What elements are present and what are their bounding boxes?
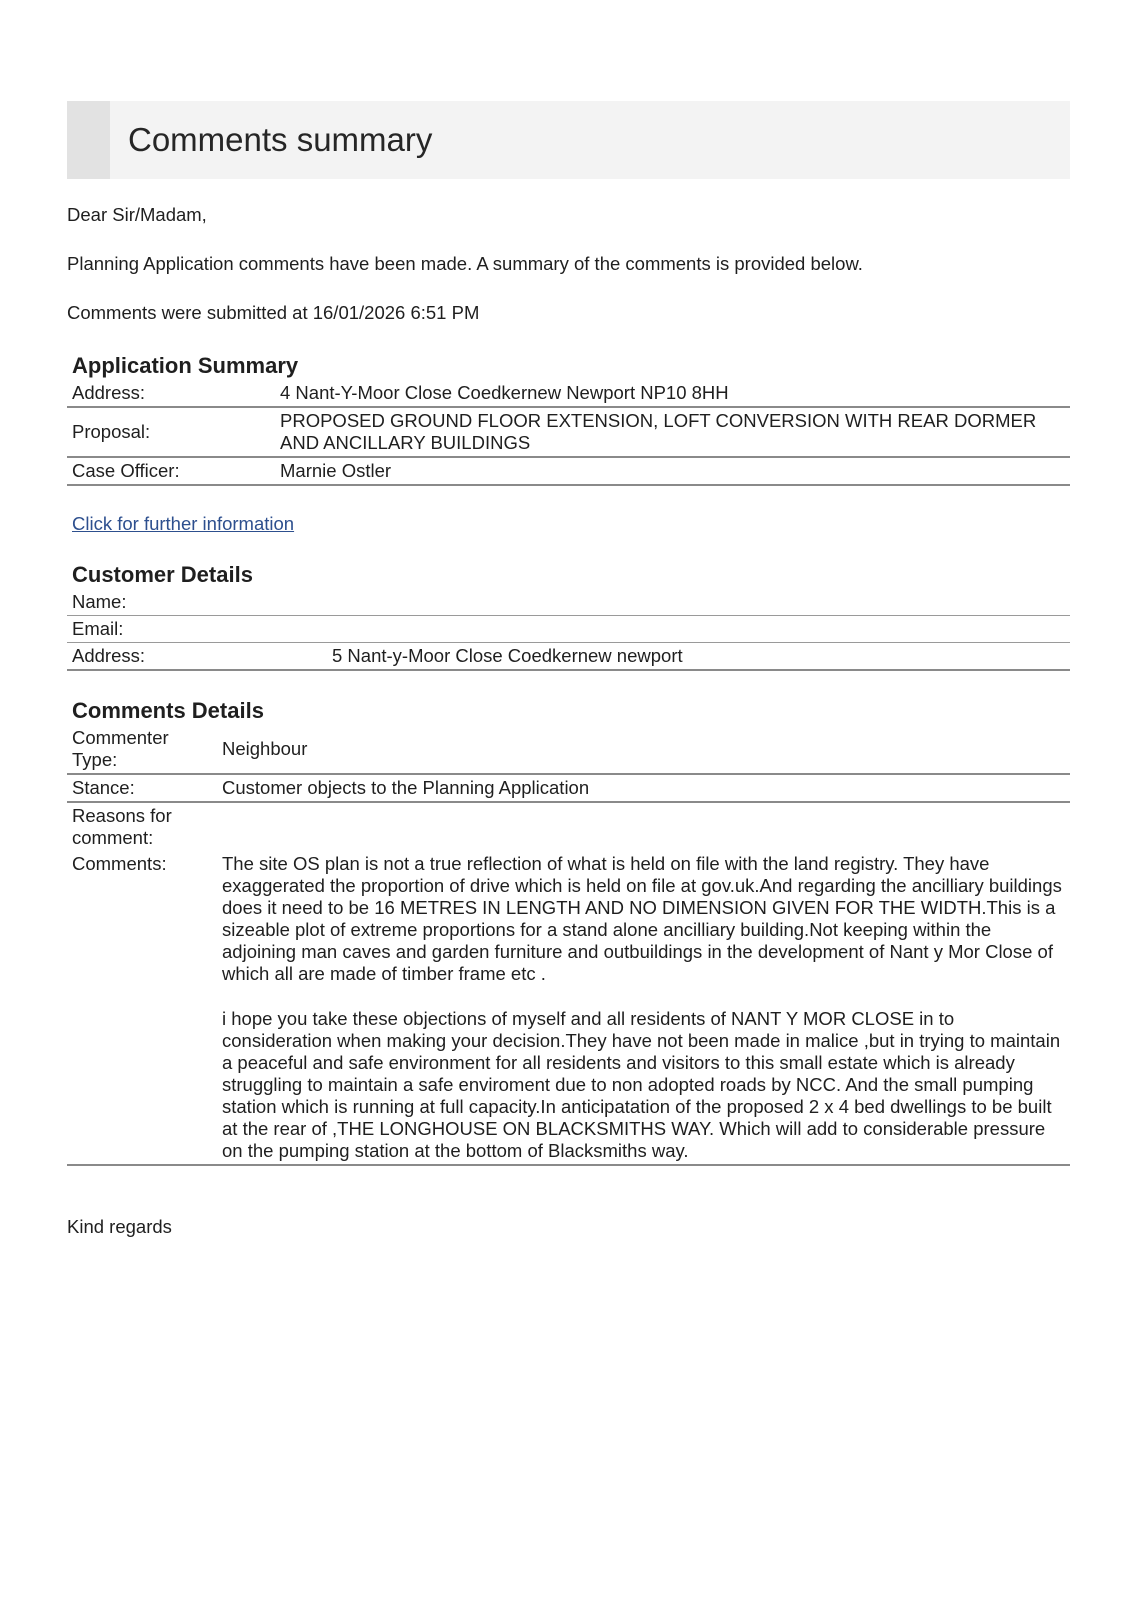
stance-label: Stance: xyxy=(67,774,217,802)
comments-details-heading: Comments Details xyxy=(67,697,1070,725)
comments-summary-page: Comments summary Dear Sir/Madam, Plannin… xyxy=(67,101,1070,1238)
commenter-type-value: Neighbour xyxy=(217,725,1070,774)
page-title: Comments summary xyxy=(110,101,432,179)
stance-value: Customer objects to the Planning Applica… xyxy=(217,774,1070,802)
application-summary-table: Address: 4 Nant-Y-Moor Close Coedkernew … xyxy=(67,380,1070,486)
application-summary-section: Application Summary Address: 4 Nant-Y-Mo… xyxy=(67,352,1070,486)
title-bar: Comments summary xyxy=(67,101,1070,179)
table-row: Address: 4 Nant-Y-Moor Close Coedkernew … xyxy=(67,380,1070,407)
name-label: Name: xyxy=(67,589,327,616)
further-information-link[interactable]: Click for further information xyxy=(72,513,294,534)
table-row: Name: xyxy=(67,589,1070,616)
comments-details-table: Commenter Type: Neighbour Stance: Custom… xyxy=(67,725,1070,1166)
address-label: Address: xyxy=(67,380,275,407)
email-value xyxy=(327,616,1070,643)
comments-value: The site OS plan is not a true reflectio… xyxy=(217,851,1070,1165)
table-row: Reasons for comment: xyxy=(67,802,1070,851)
comments-label: Comments: xyxy=(67,851,217,1165)
customer-address-label: Address: xyxy=(67,643,327,671)
comments-details-section: Comments Details Commenter Type: Neighbo… xyxy=(67,697,1070,1166)
table-row: Address: 5 Nant-y-Moor Close Coedkernew … xyxy=(67,643,1070,671)
comment-paragraph: The site OS plan is not a true reflectio… xyxy=(222,853,1065,985)
table-row: Proposal: PROPOSED GROUND FLOOR EXTENSIO… xyxy=(67,407,1070,457)
email-label: Email: xyxy=(67,616,327,643)
closing-text: Kind regards xyxy=(67,1216,1070,1238)
table-row: Commenter Type: Neighbour xyxy=(67,725,1070,774)
reasons-label: Reasons for comment: xyxy=(67,802,217,851)
customer-details-section: Customer Details Name: Email: Address: 5… xyxy=(67,561,1070,671)
greeting: Dear Sir/Madam, xyxy=(67,204,1070,226)
customer-address-value: 5 Nant-y-Moor Close Coedkernew newport xyxy=(327,643,1070,671)
comment-paragraph: i hope you take these objections of myse… xyxy=(222,1008,1065,1162)
proposal-value: PROPOSED GROUND FLOOR EXTENSION, LOFT CO… xyxy=(275,407,1070,457)
submitted-timestamp: Comments were submitted at 16/01/2026 6:… xyxy=(67,302,1070,324)
table-row: Email: xyxy=(67,616,1070,643)
table-row: Comments: The site OS plan is not a true… xyxy=(67,851,1070,1165)
table-row: Case Officer: Marnie Ostler xyxy=(67,457,1070,485)
reasons-value xyxy=(217,802,1070,851)
case-officer-label: Case Officer: xyxy=(67,457,275,485)
proposal-label: Proposal: xyxy=(67,407,275,457)
customer-details-table: Name: Email: Address: 5 Nant-y-Moor Clos… xyxy=(67,589,1070,671)
commenter-type-label: Commenter Type: xyxy=(67,725,217,774)
intro-text: Planning Application comments have been … xyxy=(67,253,1070,275)
case-officer-value: Marnie Ostler xyxy=(275,457,1070,485)
title-accent xyxy=(67,101,110,179)
name-value xyxy=(327,589,1070,616)
address-value: 4 Nant-Y-Moor Close Coedkernew Newport N… xyxy=(275,380,1070,407)
table-row: Stance: Customer objects to the Planning… xyxy=(67,774,1070,802)
application-summary-heading: Application Summary xyxy=(67,352,1070,380)
customer-details-heading: Customer Details xyxy=(67,561,1070,589)
